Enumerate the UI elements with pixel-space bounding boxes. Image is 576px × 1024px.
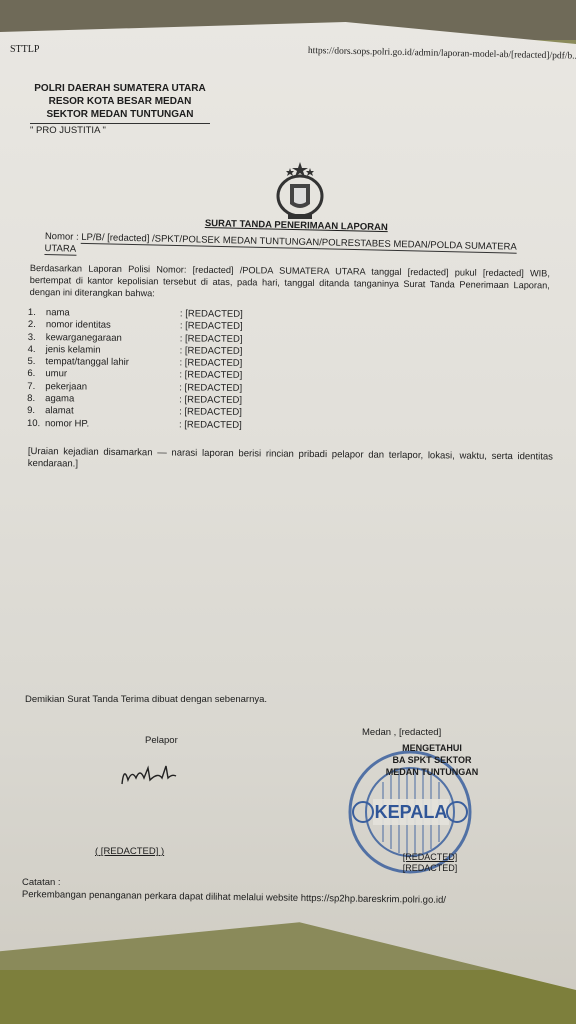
table-surface [0, 970, 576, 1024]
reporter-name: ( [REDACTED] ) [95, 846, 164, 857]
form-code: STTLP [10, 44, 39, 55]
identity-label: pekerjaan [45, 381, 179, 394]
officer-name: [REDACTED] [360, 852, 500, 863]
acknowledge-label: MENGETAHUI [382, 742, 482, 754]
closing-statement: Demikian Surat Tanda Terima dibuat denga… [25, 694, 267, 705]
acknowledgement-block: MENGETAHUI BA SPKT SEKTOR MEDAN TUNTUNGA… [382, 742, 482, 778]
identity-label: jenis kelamin [46, 344, 180, 357]
notes-label: Catatan : [22, 877, 61, 888]
identity-number: 4. [28, 344, 46, 356]
identity-number: 8. [27, 393, 45, 405]
identity-label: nama [46, 307, 180, 320]
print-url: https://dors.sops.polri.go.id/admin/lapo… [308, 46, 576, 62]
identity-number: 6. [27, 368, 45, 380]
report-narrative: [Uraian kejadian disamarkan — narasi lap… [28, 446, 553, 476]
identity-number: 2. [28, 319, 46, 331]
identity-label: alamat [45, 406, 179, 419]
officer-id: [REDACTED] [360, 863, 500, 874]
identity-list: 1.nama: [REDACTED]2.nomor identitas: [RE… [27, 307, 548, 435]
number-label: Nomor : [45, 231, 79, 243]
letterhead-line: RESOR KOTA BESAR MEDAN [30, 95, 210, 108]
pro-justitia: " PRO JUSTITIA " [30, 125, 106, 136]
officer-block: [REDACTED] [REDACTED] [360, 852, 500, 874]
identity-number: 3. [28, 332, 46, 344]
number-value: LP/B/ [redacted] /SPKT/POLSEK MEDAN TUNT… [44, 232, 516, 256]
letterhead-line: POLRI DAERAH SUMATERA UTARA [30, 82, 210, 95]
identity-label: kewarganegaraan [46, 332, 180, 345]
unit-line: MEDAN TUNTUNGAN [382, 766, 482, 778]
identity-number: 10. [27, 418, 45, 430]
reporter-signature-icon [118, 760, 178, 790]
identity-label: nomor HP. [45, 418, 179, 431]
police-emblem-icon [270, 160, 330, 222]
intro-paragraph: Berdasarkan Laporan Polisi Nomor: [redac… [30, 262, 550, 303]
document-title: SURAT TANDA PENERIMAAN LAPORAN [205, 218, 388, 233]
document-number: Nomor : LP/B/ [redacted] /SPKT/POLSEK ME… [44, 231, 544, 266]
identity-label: nomor identitas [46, 319, 180, 332]
notes-text: Perkembangan penanganan perkara dapat di… [22, 889, 446, 906]
unit-line: BA SPKT SEKTOR [382, 754, 482, 766]
identity-value: : [REDACTED] [179, 419, 547, 435]
identity-label: tempat/tanggal lahir [45, 356, 179, 369]
place-date: Medan , [redacted] [362, 727, 441, 738]
identity-number: 1. [28, 307, 46, 319]
identity-number: 5. [27, 356, 45, 368]
document-page: STTLP https://dors.sops.polri.go.id/admi… [0, 22, 576, 990]
identity-label: agama [45, 393, 179, 406]
letterhead-line: SEKTOR MEDAN TUNTUNGAN [30, 108, 210, 121]
letterhead: POLRI DAERAH SUMATERA UTARA RESOR KOTA B… [30, 82, 210, 124]
identity-number: 7. [27, 381, 45, 393]
identity-label: umur [45, 369, 179, 382]
reporter-label: Pelapor [145, 735, 178, 746]
stamp-text: KEPALA [375, 802, 448, 822]
identity-number: 9. [27, 405, 45, 417]
